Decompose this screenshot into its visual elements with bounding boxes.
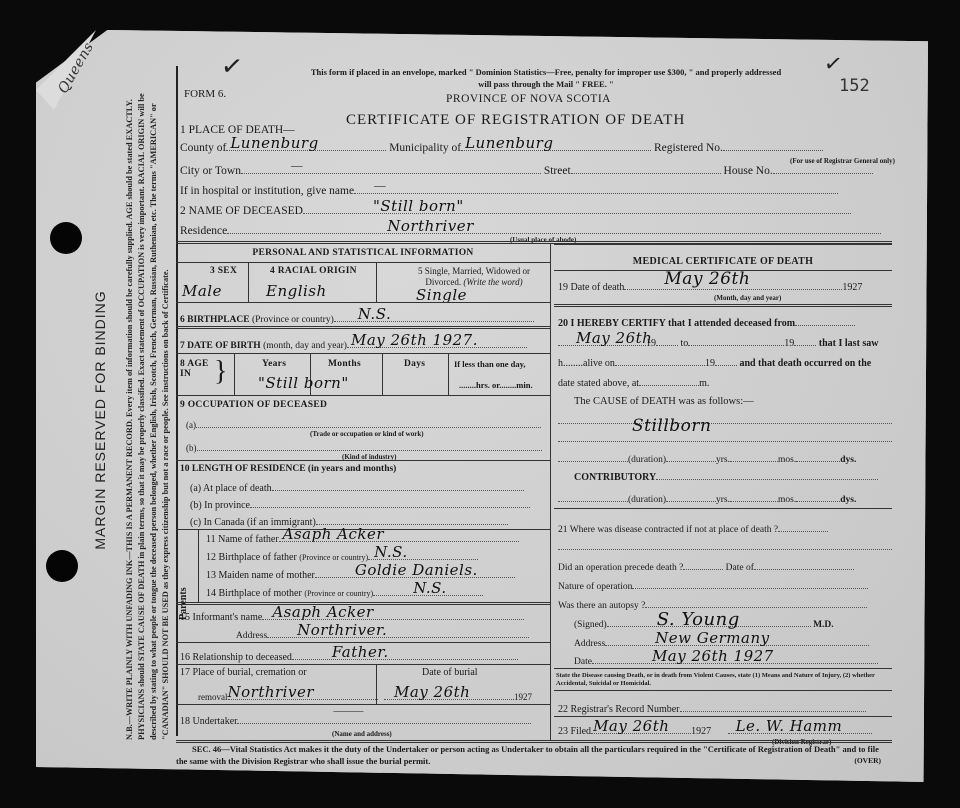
attended-from-value: May 26th bbox=[576, 329, 652, 347]
page-title: CERTIFICATE OF REGISTRATION OF DEATH bbox=[346, 112, 685, 129]
dob-value: May 26th 1927. bbox=[351, 331, 478, 349]
father-name-value: Asaph Acker bbox=[283, 525, 384, 543]
city-value: — bbox=[291, 160, 303, 172]
check-mark-icon: ✓ bbox=[219, 51, 245, 84]
binding-hole-bottom bbox=[46, 550, 78, 582]
personal-heading: PERSONAL AND STATISTICAL INFORMATION bbox=[176, 248, 550, 258]
age-value: "Still born" bbox=[258, 374, 349, 392]
date-of-death-value: May 26th bbox=[664, 269, 750, 289]
deceased-name-value: "Still born" bbox=[373, 197, 464, 215]
county-row: County ofLunenburg Municipality ofLunenb… bbox=[180, 141, 823, 154]
informant-name-value: Asaph Acker bbox=[272, 603, 373, 621]
sex-value: Male bbox=[182, 282, 222, 300]
death-certificate-form: This form if placed in an envelope, mark… bbox=[176, 60, 896, 780]
county-value: Lunenburg bbox=[230, 134, 318, 152]
check-mark-icon: ✓ bbox=[822, 51, 844, 78]
footer-statute-note: SEC. 46—Vital Statistics Act makes it th… bbox=[176, 743, 891, 767]
informant-address-value: Northriver. bbox=[297, 621, 387, 639]
binding-margin: MARGIN RESERVED FOR BINDING N.B.—WRITE P… bbox=[92, 70, 172, 770]
cause-instruction-note: State the Disease causing Death, or in d… bbox=[556, 672, 892, 688]
medical-heading: MEDICAL CERTIFICATE OF DEATH bbox=[554, 256, 892, 267]
physician-date-value: May 26th 1927 bbox=[652, 647, 774, 665]
father-birthplace-value: N.S. bbox=[374, 543, 407, 561]
birthplace-row: 6 BIRTHPLACE (Province or country)N.S. bbox=[180, 312, 534, 325]
relationship-value: Father. bbox=[332, 643, 389, 661]
province-heading: PROVINCE OF NOVA SCOTIA bbox=[446, 93, 611, 105]
sex-label: 3 SEX bbox=[210, 266, 237, 276]
racial-origin-label: 4 RACIAL ORIGIN bbox=[270, 266, 357, 276]
residence-value: Northriver bbox=[387, 217, 474, 235]
racial-origin-value: English bbox=[266, 282, 327, 300]
deceased-name-row: 2 NAME OF DECEASED"Still born" bbox=[180, 204, 851, 217]
mother-name-value: Goldie Daniels. bbox=[355, 561, 478, 579]
serial-number: 152 bbox=[839, 76, 870, 96]
brace-icon: } bbox=[214, 356, 227, 388]
undertaker-value: ——— bbox=[333, 706, 363, 717]
burial-date-value: May 26th bbox=[394, 683, 470, 701]
municipality-value: Lunenburg bbox=[465, 134, 553, 152]
mother-birthplace-value: N.S. bbox=[413, 579, 446, 597]
occupation-label: 9 OCCUPATION OF DECEASED bbox=[180, 400, 327, 410]
city-row: City or Town— Street House No. bbox=[180, 164, 873, 177]
postal-note: This form if placed in an envelope, mark… bbox=[276, 66, 816, 90]
filed-date-value: May 26th bbox=[593, 717, 669, 735]
burial-place-value: Northriver bbox=[228, 683, 315, 701]
division-registrar-signature: Le. W. Hamm bbox=[736, 717, 843, 735]
birthplace-value: N.S. bbox=[358, 305, 391, 323]
hospital-value: — bbox=[374, 180, 386, 192]
cause-label: The CAUSE of DEATH was as follows:— bbox=[574, 396, 754, 407]
margin-title: MARGIN RESERVED FOR BINDING bbox=[92, 70, 108, 770]
binding-hole-top bbox=[50, 222, 82, 254]
form-number: FORM 6. bbox=[184, 88, 226, 100]
marital-label: 5 Single, Married, Widowed or Divorced. … bbox=[404, 266, 544, 288]
hospital-row: If in hospital or institution, give name… bbox=[180, 184, 838, 197]
physician-signature: S. Young bbox=[657, 609, 740, 630]
physician-address-value: New Germany bbox=[655, 629, 769, 647]
dob-row: 7 DATE OF BIRTH (month, day and year)May… bbox=[180, 338, 527, 351]
margin-instructions: N.B.—WRITE PLAINLY WITH UNFADING INK—THI… bbox=[124, 70, 172, 770]
